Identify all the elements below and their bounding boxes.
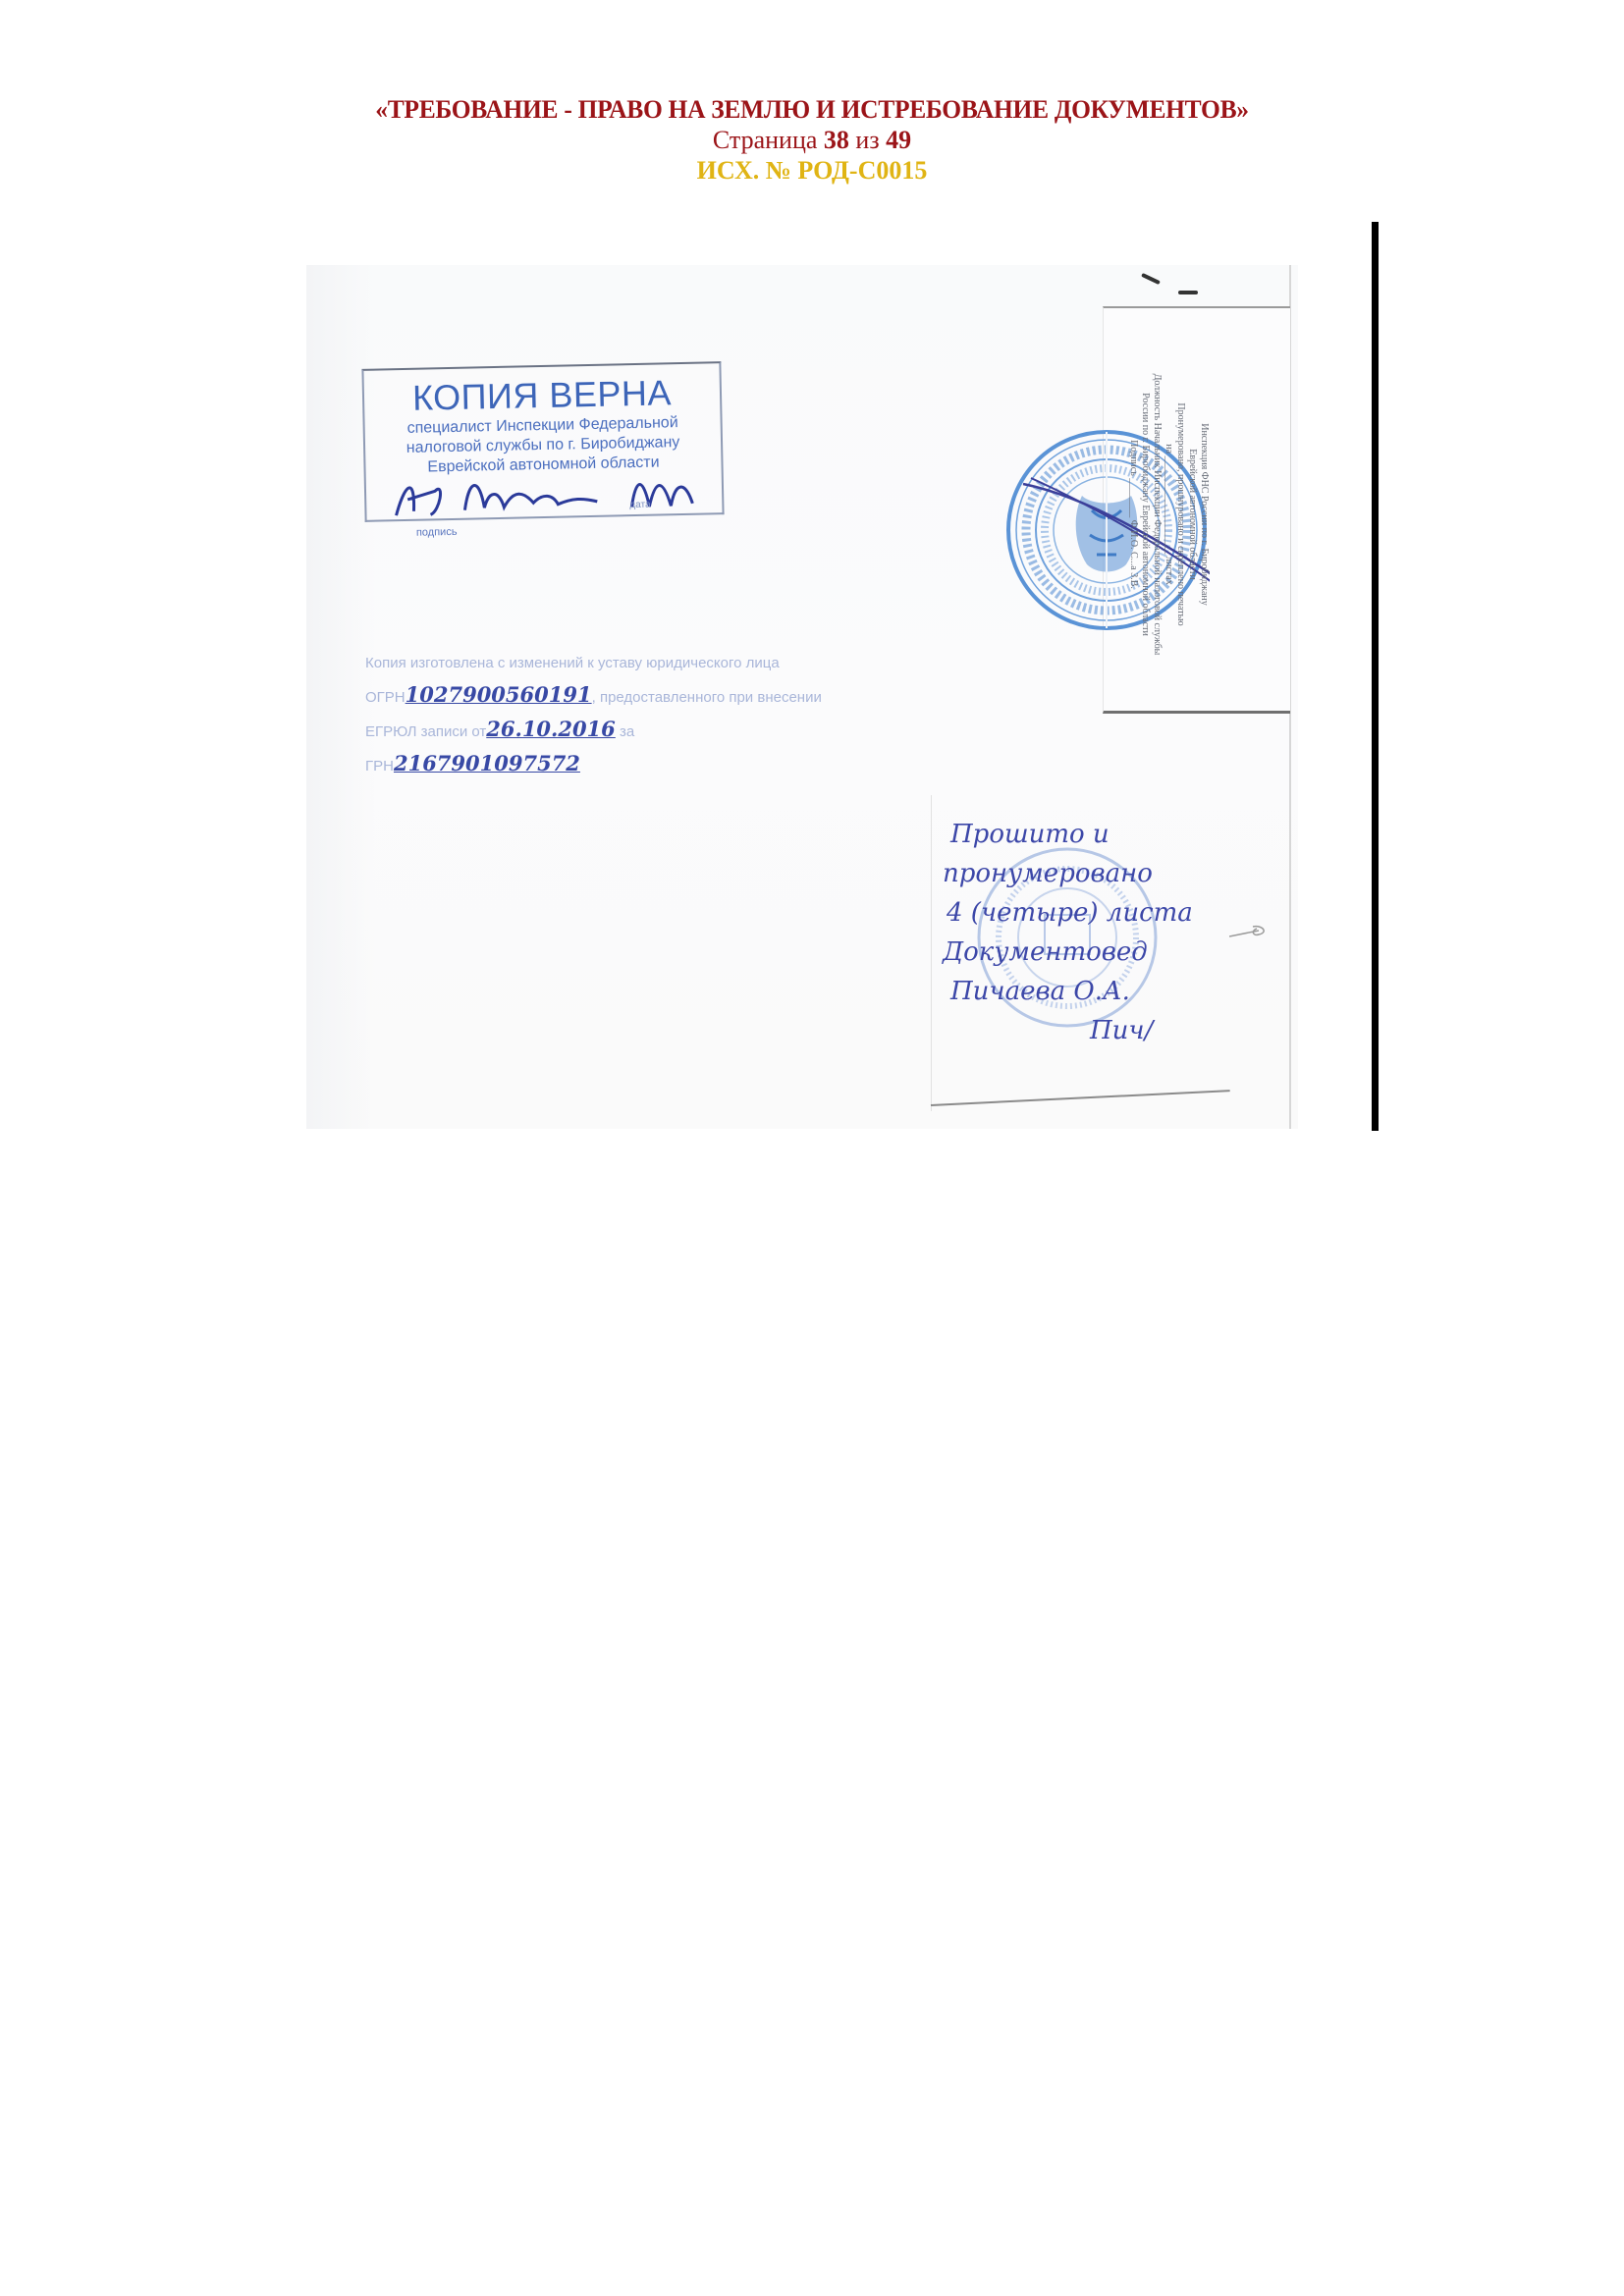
record-date: 26.10.2016 <box>486 717 616 741</box>
pen-mark <box>1141 273 1161 285</box>
note-line: Прошито и <box>943 815 1227 854</box>
handwritten-binding-note: Прошито и пронумеровано 4 (четыре) листа… <box>943 815 1227 1050</box>
signature-icon <box>386 465 711 519</box>
pen-mark <box>1178 291 1198 294</box>
cert-text-line: Пронумеровано, прошнуровано и скреплено … <box>1174 367 1186 662</box>
date-label: дата <box>629 500 650 510</box>
page-total: 49 <box>886 126 911 154</box>
page-separator: из <box>855 126 879 154</box>
document-header: «ТРЕБОВАНИЕ - ПРАВО НА ЗЕМЛЮ И ИСТРЕБОВА… <box>0 94 1624 187</box>
note-line: Документовед <box>943 933 1227 972</box>
page-counter: Страница 38 из 49 <box>0 126 1624 155</box>
page-prefix: Страница <box>713 126 818 154</box>
margin-bar <box>1372 222 1379 1131</box>
page-current: 38 <box>824 126 849 154</box>
cert-text-line: Еврейской автономной области <box>1186 367 1198 662</box>
signature-label: подпись <box>416 526 458 539</box>
note-line: Пичаева О.А. <box>943 972 1227 1011</box>
copy-verified-stamp: КОПИЯ ВЕРНА специалист Инспекции Федерал… <box>361 361 724 522</box>
cert-line-3: ЕГРЮЛ записи от26.10.2016 за ГРН21679010… <box>365 714 837 782</box>
note-signature: Пич/ <box>943 1011 1227 1050</box>
cert-text-line: Инспекция ФНС России по г. Биробиджану <box>1198 367 1210 662</box>
outgoing-reference: ИСХ. № РОД-С0015 <box>0 155 1624 187</box>
scanned-image: КОПИЯ ВЕРНА специалист Инспекции Федерал… <box>306 265 1298 1129</box>
cert-text-line: Подпись ________ Ф.И.О. С...а З.В. <box>1127 367 1139 662</box>
note-line: пронумеровано <box>943 854 1227 893</box>
copy-certification: Копия изготовлена с изменений к уставу ю… <box>365 648 837 782</box>
record-label: ЕГРЮЛ записи от <box>365 723 486 740</box>
thread-knot-icon <box>1229 925 1269 940</box>
cert-line-1: Копия изготовлена с изменений к уставу ю… <box>365 648 837 679</box>
note-line: 4 (четыре) листа <box>943 893 1227 933</box>
cert-line-2-suffix: , предоставленного при внесении <box>592 689 822 706</box>
grn-value: 2167901097572 <box>394 751 580 775</box>
cert-text-line: на ____________________ листах <box>1163 367 1174 662</box>
document-title: «ТРЕБОВАНИЕ - ПРАВО НА ЗЕМЛЮ И ИСТРЕБОВА… <box>17 94 1608 126</box>
cert-text-line: Должность Начальник Инспекции Федерально… <box>1151 367 1163 662</box>
binding-certificate: Инспекция ФНС России по г. Биробиджану Е… <box>1111 367 1210 662</box>
cert-text-line: России по г. Биробиджану Еврейской автон… <box>1139 367 1151 662</box>
ogrn-value: 1027900560191 <box>406 682 592 707</box>
ogrn-label: ОГРН <box>365 689 406 706</box>
cert-line-2: ОГРН1027900560191, предоставленного при … <box>365 679 837 714</box>
